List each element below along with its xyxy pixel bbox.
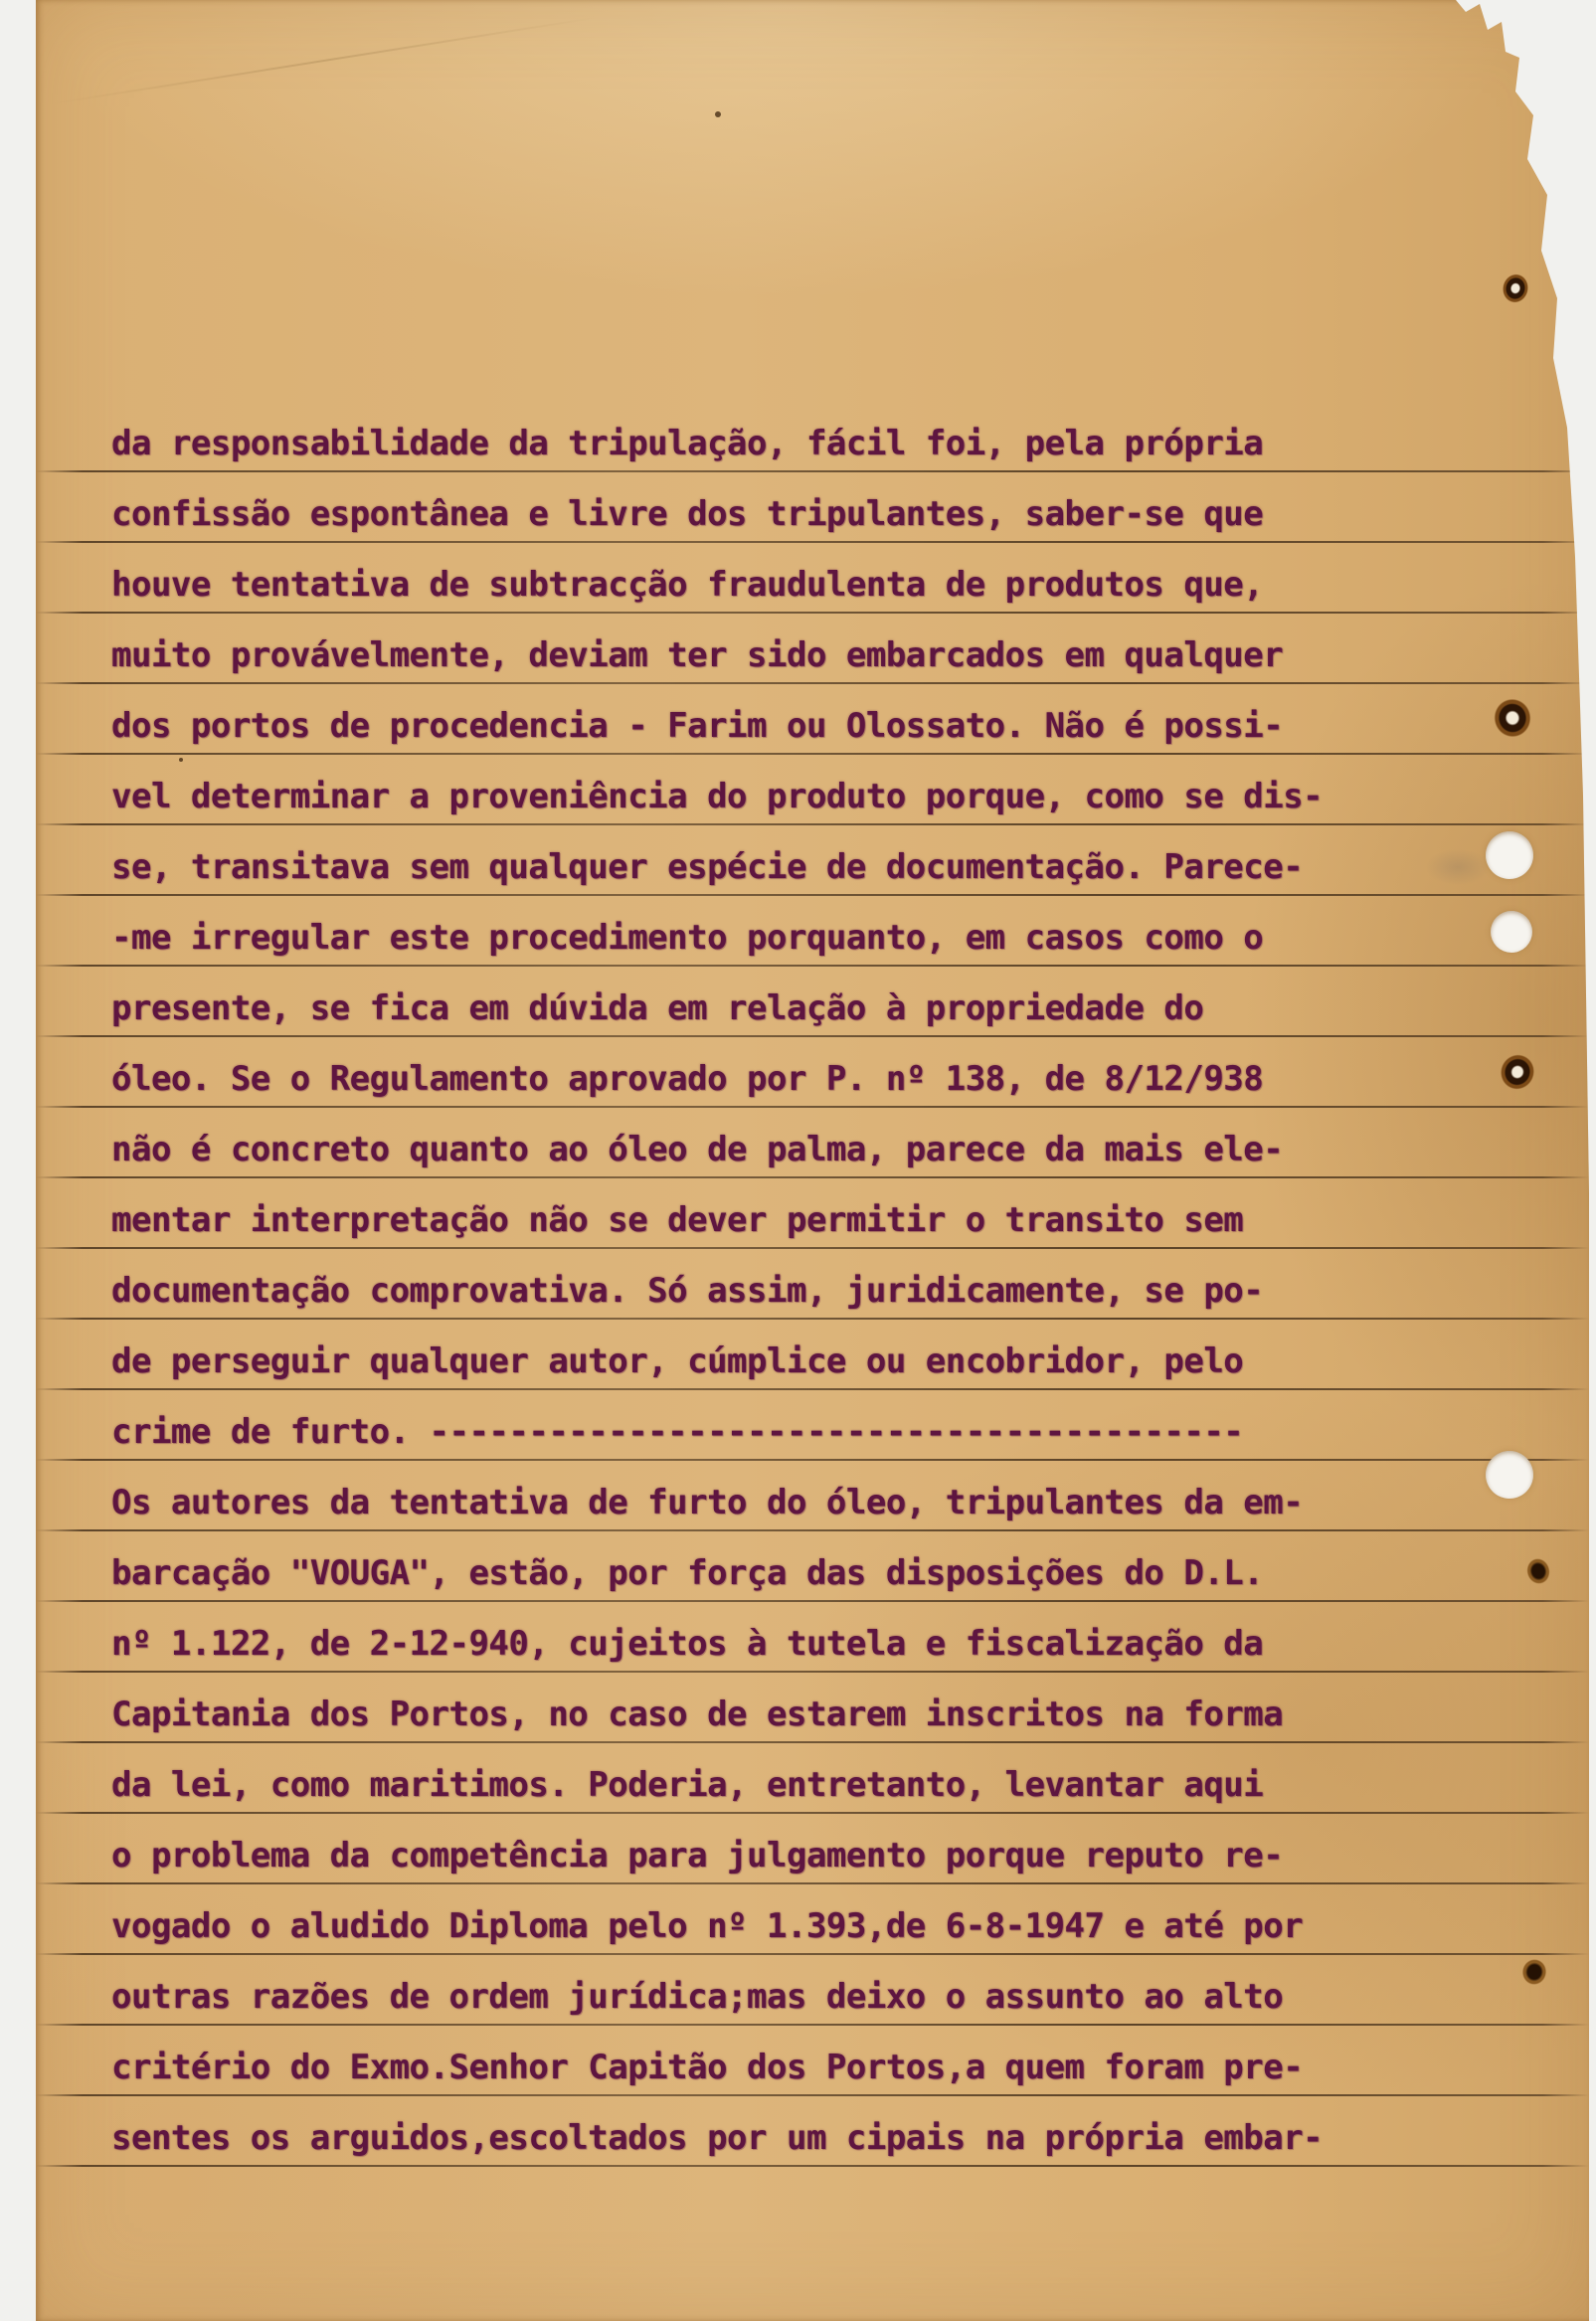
punch-hole-2 (1491, 911, 1532, 953)
typed-text-line: barcação "VOUGA", estão, por força das d… (111, 1550, 1263, 1596)
typed-text-line: sentes os arguidos,escoltados por um cip… (111, 2115, 1323, 2161)
ruled-line (36, 1671, 1589, 1673)
ruled-line (36, 1459, 1589, 1461)
ruled-line (36, 1035, 1589, 1037)
ruled-line (36, 2094, 1589, 2096)
ruled-line (36, 1176, 1589, 1178)
typed-text-line: de perseguir qualquer autor, cúmplice ou… (111, 1339, 1243, 1384)
typed-text-line: outras razões de ordem jurídica;mas deix… (111, 1974, 1283, 2020)
typed-text-line: presente, se fica em dúvida em relação à… (111, 985, 1203, 1031)
typed-text-line: dos portos de procedencia - Farim ou Olo… (111, 703, 1283, 749)
typed-text-line: Os autores da tentativa de furto do óleo… (111, 1480, 1303, 1525)
ruled-line (36, 965, 1589, 967)
typed-text-line: da responsabilidade da tripulação, fácil… (111, 421, 1263, 466)
ruled-line (36, 753, 1589, 755)
typed-text-line: crime de furto. ------------------------… (111, 1409, 1243, 1455)
typed-text-line: vogado o aludido Diploma pelo nº 1.393,d… (111, 1903, 1303, 1949)
ruled-line (36, 2165, 1589, 2167)
punch-hole-1 (1486, 831, 1533, 879)
paper-speck-2 (179, 758, 183, 762)
ruled-line (36, 1812, 1589, 1814)
typed-text-line: muito provávelmente, deviam ter sido emb… (111, 632, 1283, 678)
typed-text-line: Capitania dos Portos, no caso de estarem… (111, 1692, 1283, 1737)
typed-text-line: confissão espontânea e livre dos tripula… (111, 491, 1263, 537)
ruled-line (36, 823, 1589, 825)
ruled-line (36, 470, 1589, 472)
paper-crease (49, 16, 599, 105)
paper-speck-1 (715, 111, 721, 117)
ruled-line (36, 541, 1589, 543)
ruled-line (36, 1529, 1589, 1531)
typed-text-line: houve tentativa de subtracção fraudulent… (111, 562, 1263, 608)
ruled-line (36, 682, 1589, 684)
typed-text-line: nº 1.122, de 2-12-940, cujeitos à tutela… (111, 1621, 1263, 1667)
ruled-line (36, 612, 1589, 614)
typed-text-line: o problema da competência para julgament… (111, 1833, 1283, 1878)
typed-text-line: documentação comprovativa. Só assim, jur… (111, 1268, 1263, 1314)
typed-text-line: -me irregular este procedimento porquant… (111, 915, 1263, 961)
typed-text-line: critério do Exmo.Senhor Capitão dos Port… (111, 2045, 1303, 2090)
ruled-line (36, 1106, 1589, 1108)
typed-text-line: não é concreto quanto ao óleo de palma, … (111, 1127, 1283, 1172)
ruled-line (36, 1388, 1589, 1390)
typed-text-line: óleo. Se o Regulamento aprovado por P. n… (111, 1056, 1263, 1102)
ruled-line (36, 1953, 1589, 1955)
ruled-line (36, 1600, 1589, 1602)
scanned-document-screenshot: da responsabilidade da tripulação, fácil… (0, 0, 1596, 2321)
ruled-line (36, 1882, 1589, 1884)
punch-hole-3 (1486, 1451, 1533, 1499)
typed-text-line: mentar interpretação não se dever permit… (111, 1197, 1243, 1243)
ruled-line (36, 2024, 1589, 2026)
ruled-line (36, 1318, 1589, 1320)
ruled-line (36, 1741, 1589, 1743)
typed-text-line: vel determinar a proveniência do produto… (111, 774, 1323, 819)
typed-text-line: da lei, como maritimos. Poderia, entreta… (111, 1762, 1263, 1808)
ruled-line (36, 894, 1589, 896)
document-page: da responsabilidade da tripulação, fácil… (36, 0, 1589, 2321)
typed-text-line: se, transitava sem qualquer espécie de d… (111, 844, 1303, 890)
ruled-line (36, 1247, 1589, 1249)
